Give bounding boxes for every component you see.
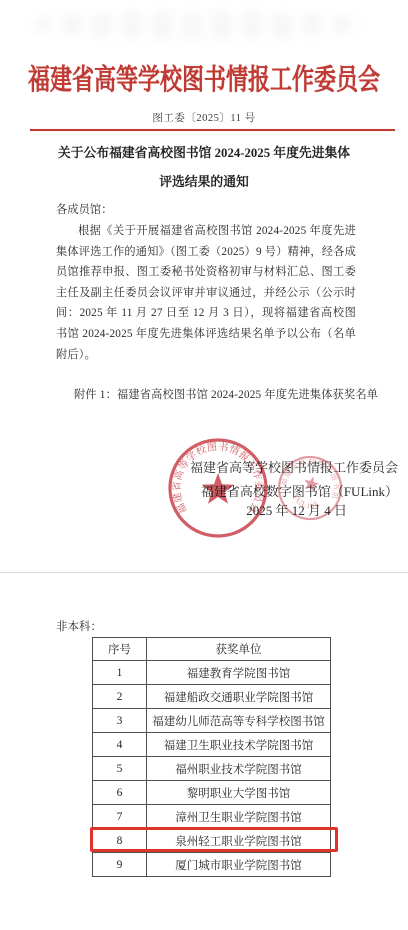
- row-unit: 福州职业技术学院图书馆: [147, 757, 331, 781]
- svg-text:福建省高校数字图书馆: 福建省高校数字图书馆: [279, 454, 344, 502]
- row-no: 2: [93, 685, 147, 709]
- table-row: 6 黎明职业大学图书馆: [93, 781, 331, 805]
- fulink-seal-stamp: 福建省高校数字图书馆 FULink: [276, 454, 344, 522]
- section-label: 非本科：: [56, 618, 102, 634]
- table-row: 9 厦门城市职业学院图书馆: [93, 853, 331, 877]
- table-row: 5 福州职业技术学院图书馆: [93, 757, 331, 781]
- seal-star-icon: [202, 473, 234, 504]
- row-unit: 厦门城市职业学院图书馆: [147, 853, 331, 877]
- award-table: 序号 获奖单位 1 福建教育学院图书馆 2 福建船政交通职业学院图书馆 3 福建…: [92, 637, 331, 877]
- row-unit: 泉州轻工职业学院图书馆: [147, 829, 331, 853]
- row-unit: 福建船政交通职业学院图书馆: [147, 685, 331, 709]
- row-unit: 漳州卫生职业学院图书馆: [147, 805, 331, 829]
- scan-bleedthrough-smudge: [34, 12, 364, 38]
- fulink-seal-label: FULink: [288, 491, 323, 514]
- row-unit: 福建教育学院图书馆: [147, 661, 331, 685]
- row-unit: 黎明职业大学图书馆: [147, 781, 331, 805]
- table-row: 7 漳州卫生职业学院图书馆: [93, 805, 331, 829]
- salutation: 各成员馆：: [56, 201, 113, 217]
- document-number: 图工委〔2025〕11 号: [0, 110, 408, 125]
- attachment-line: 附件 1：福建省高校图书馆 2024-2025 年度先进集体获奖名单: [74, 386, 378, 402]
- row-no: 9: [93, 853, 147, 877]
- subject-heading: 关于公布福建省高校图书馆 2024-2025 年度先进集体 评选结果的通知: [0, 139, 408, 197]
- row-no: 3: [93, 709, 147, 733]
- fulink-seal-ring-text: 福建省高校数字图书馆: [279, 454, 344, 502]
- table-row: 4 福建卫生职业技术学院图书馆: [93, 733, 331, 757]
- table-row: 2 福建船政交通职业学院图书馆: [93, 685, 331, 709]
- row-no: 5: [93, 757, 147, 781]
- row-no: 7: [93, 805, 147, 829]
- table-row-highlighted: 8 泉州轻工职业学院图书馆: [93, 829, 331, 853]
- letterhead-rule: [30, 129, 395, 131]
- row-no: 8: [93, 829, 147, 853]
- letterhead-title: 福建省高等学校图书情报工作委员会: [0, 58, 408, 98]
- official-seal-stamp: 福建省高等学校图书情报工作委员会: [166, 436, 270, 540]
- table-row: 1 福建教育学院图书馆: [93, 661, 331, 685]
- fulink-seal-star-icon: [302, 474, 321, 492]
- header-no: 序号: [93, 638, 147, 661]
- subject-line-2: 评选结果的通知: [0, 168, 408, 197]
- row-unit: 福建幼儿师范高等专科学校图书馆: [147, 709, 331, 733]
- page-break-divider: [0, 572, 408, 573]
- subject-line-1: 关于公布福建省高校图书馆 2024-2025 年度先进集体: [0, 139, 408, 168]
- body-paragraph: 根据《关于开展福建省高校图书馆 2024-2025 年度先进集体评选工作的通知》…: [56, 221, 356, 365]
- svg-text:FULink: FULink: [288, 491, 323, 514]
- row-no: 1: [93, 661, 147, 685]
- table-row: 3 福建幼儿师范高等专科学校图书馆: [93, 709, 331, 733]
- row-unit: 福建卫生职业技术学院图书馆: [147, 733, 331, 757]
- row-no: 4: [93, 733, 147, 757]
- header-unit: 获奖单位: [147, 638, 331, 661]
- document-page: 福建省高等学校图书情报工作委员会 图工委〔2025〕11 号 关于公布福建省高校…: [0, 0, 408, 930]
- table-header-row: 序号 获奖单位: [93, 638, 331, 661]
- row-no: 6: [93, 781, 147, 805]
